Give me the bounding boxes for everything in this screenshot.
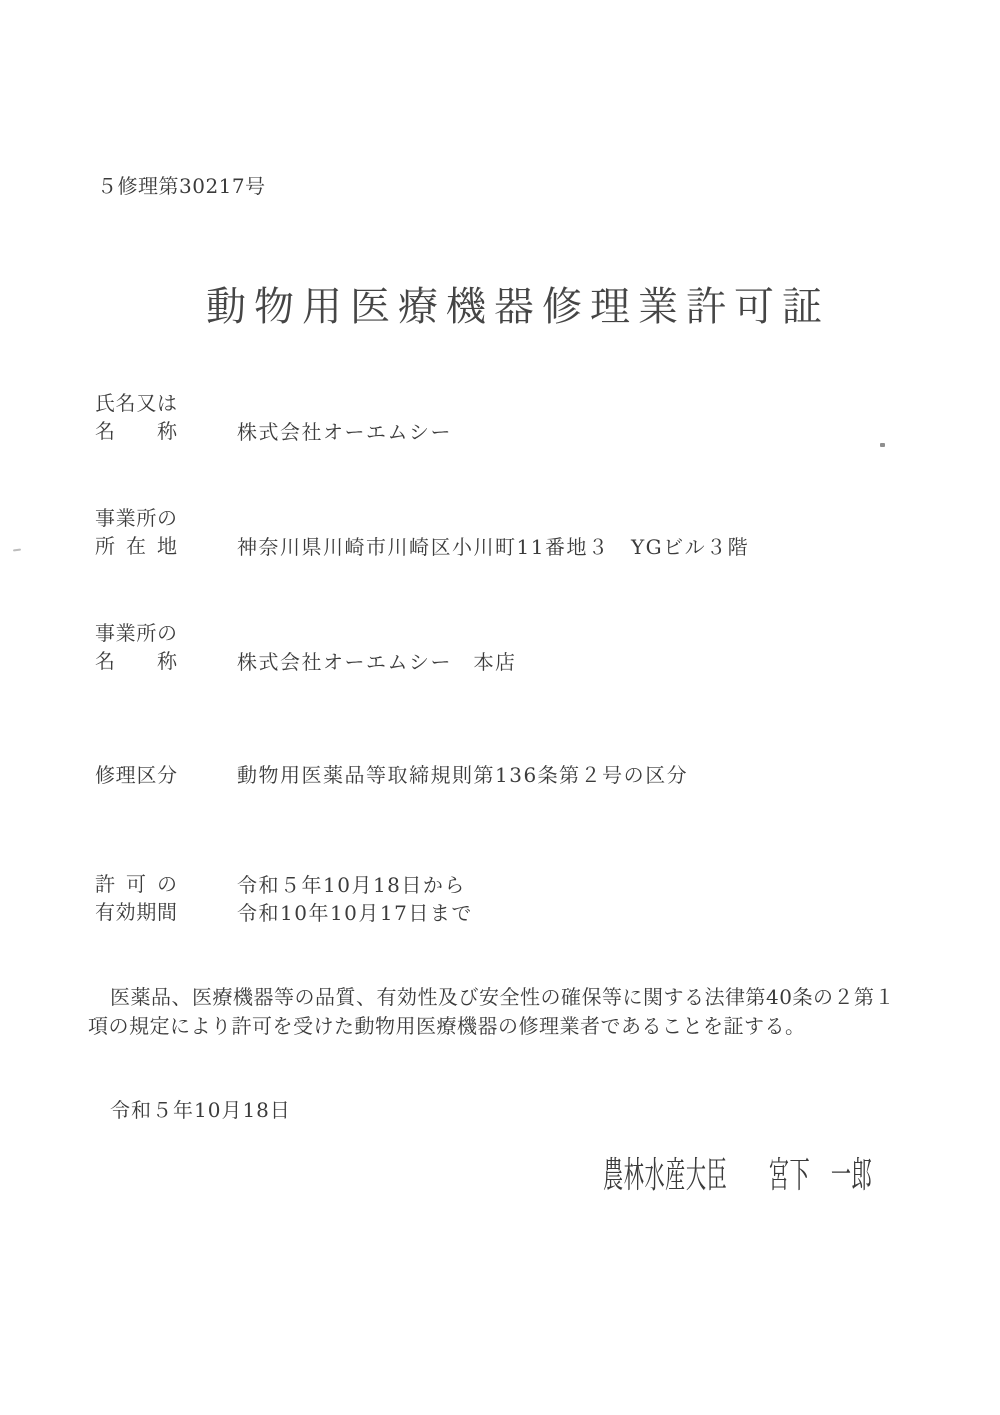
field-validity-label-line2: 有効期間	[95, 902, 177, 922]
certification-statement-line2: 項の規定により許可を受けた動物用医療機器の修理業者であることを証する。	[88, 1016, 806, 1036]
document-number: ５修理第30217号	[97, 176, 266, 196]
field-office-name-label-line1: 事業所の	[95, 623, 177, 643]
field-name-label-line2: 名称	[95, 421, 177, 441]
field-name-label-line1: 氏名又は	[95, 393, 177, 413]
field-office-address-label-line1: 事業所の	[95, 508, 177, 528]
scan-speck	[13, 548, 21, 551]
field-repair-category-value: 動物用医薬品等取締規則第136条第２号の区分	[237, 765, 688, 785]
field-validity-value-until: 令和10年10月17日まで	[237, 903, 473, 923]
field-office-address-value: 神奈川県川崎市川崎区小川町11番地３ YGビル３階	[237, 537, 749, 557]
issue-date: 令和５年10月18日	[110, 1100, 291, 1120]
certificate-title: 動物用医療機器修理業許可証	[18, 287, 1000, 327]
field-validity-value-from: 令和５年10月18日から	[237, 875, 466, 895]
certification-statement-line1: 医薬品、医療機器等の品質、有効性及び安全性の確保等に関する法律第40条の２第１	[88, 987, 895, 1007]
field-office-name-label-line2: 名称	[95, 651, 177, 671]
certificate-page: ５修理第30217号 動物用医療機器修理業許可証 氏名又は 名称 株式会社オーエ…	[0, 0, 1000, 1415]
minister-signature: 農林水産大臣 宮下 一郎	[603, 1158, 872, 1194]
field-validity-label-line1: 許可の	[95, 874, 177, 894]
field-repair-category-label: 修理区分	[95, 765, 177, 785]
field-office-address-label-line2: 所在地	[95, 536, 177, 556]
field-office-name-value: 株式会社オーエムシー 本店	[237, 652, 517, 672]
scan-speck	[880, 443, 885, 447]
field-name-value: 株式会社オーエムシー	[237, 422, 452, 442]
